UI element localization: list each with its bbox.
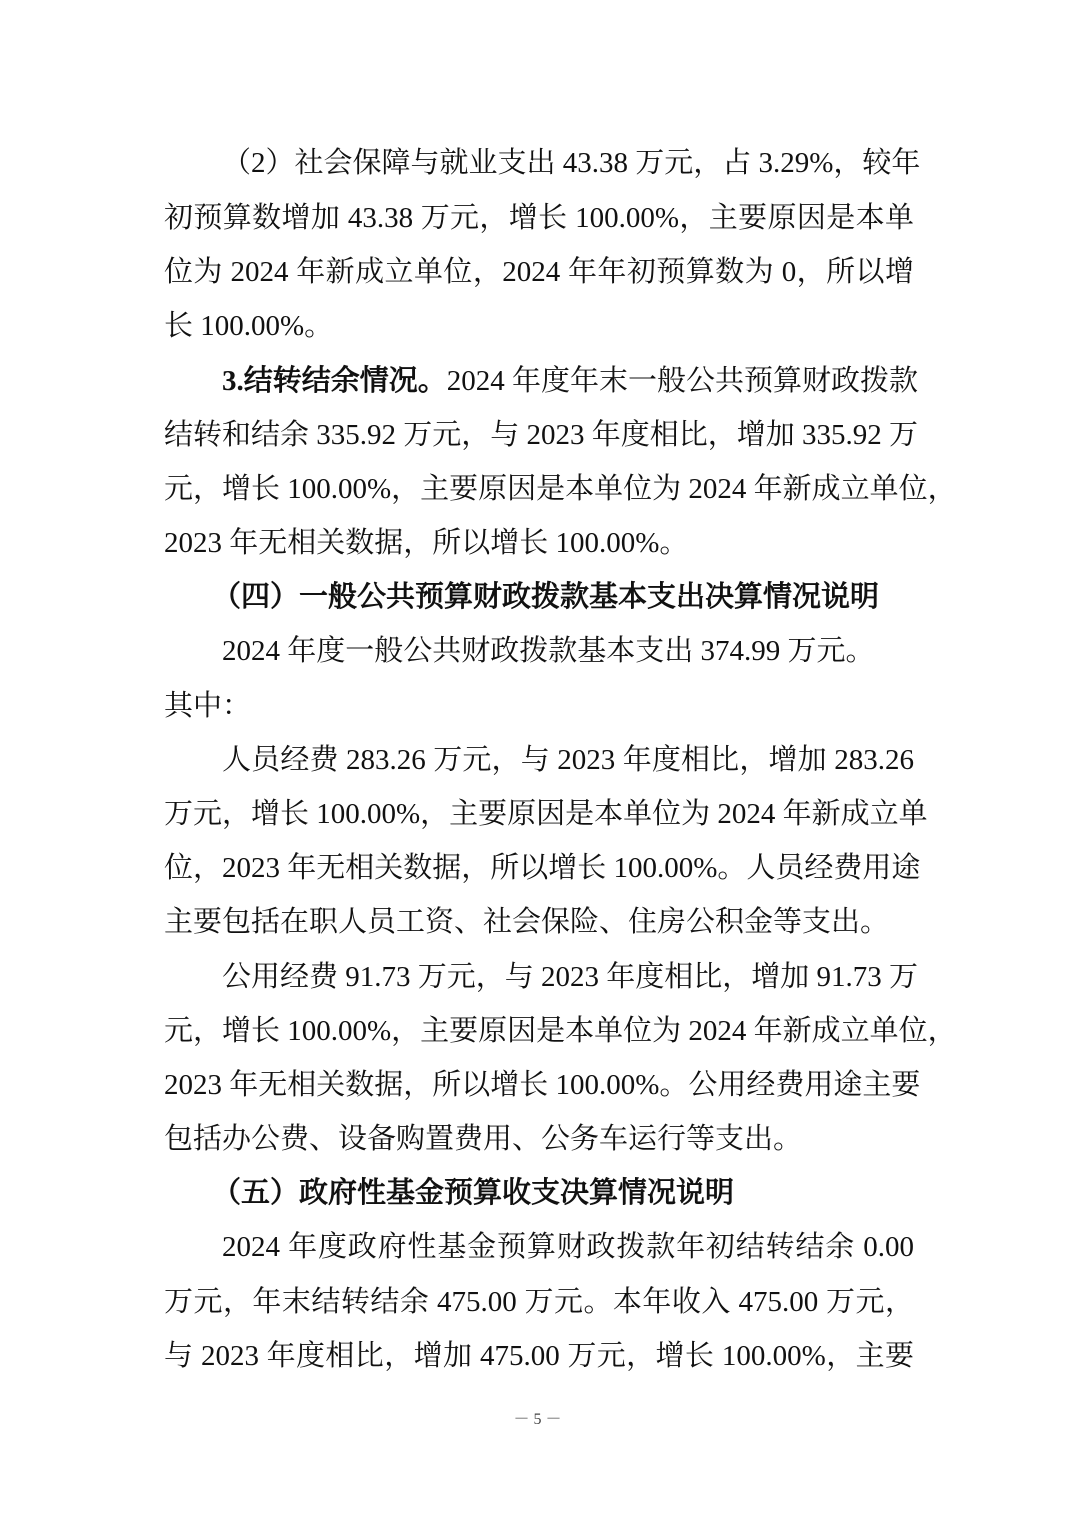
- paragraph-line: 3.结转结余情况。2024 年度年末一般公共预算财政拨款: [222, 361, 914, 401]
- document-page: （2）社会保障与就业支出 43.38 万元，占 3.29%，较年 初预算数增加 …: [0, 0, 1075, 1520]
- page-number: － 5 －: [0, 1410, 1075, 1430]
- paragraph-line: 2023 年无相关数据，所以增长 100.00%。: [164, 523, 914, 563]
- section-heading-4: （四）一般公共预算财政拨款基本支出决算情况说明: [212, 577, 914, 617]
- paragraph-line: 主要包括在职人员工资、社会保险、住房公积金等支出。: [164, 902, 914, 942]
- paragraph-line: 与 2023 年度相比，增加 475.00 万元，增长 100.00%，主要: [164, 1336, 914, 1376]
- paragraph-line: 人员经费 283.26 万元，与 2023 年度相比，增加 283.26: [222, 740, 914, 780]
- paragraph-line: 包括办公费、设备购置费用、公务车运行等支出。: [164, 1119, 914, 1159]
- subheading-carryover: 3.结转结余情况。: [222, 365, 447, 397]
- paragraph-line: 元，增长 100.00%，主要原因是本单位为 2024 年新成立单位，: [164, 1011, 914, 1051]
- paragraph-line: 2024 年度一般公共财政拨款基本支出 374.99 万元。: [222, 631, 914, 671]
- paragraph-text: 2024 年度年末一般公共预算财政拨款: [447, 365, 918, 397]
- paragraph-line: 初预算数增加 43.38 万元，增长 100.00%，主要原因是本单: [164, 198, 914, 238]
- paragraph-line: 公用经费 91.73 万元，与 2023 年度相比，增加 91.73 万: [222, 957, 914, 997]
- paragraph-line: 万元，年末结转结余 475.00 万元。本年收入 475.00 万元，: [164, 1282, 914, 1322]
- paragraph-line: 其中：: [164, 686, 914, 726]
- paragraph-line: （2）社会保障与就业支出 43.38 万元，占 3.29%，较年: [222, 143, 914, 183]
- paragraph-line: 长 100.00%。: [164, 306, 914, 346]
- paragraph-line: 万元，增长 100.00%，主要原因是本单位为 2024 年新成立单: [164, 794, 914, 834]
- section-heading-5: （五）政府性基金预算收支决算情况说明: [212, 1173, 914, 1213]
- paragraph-line: 2023 年无相关数据，所以增长 100.00%。公用经费用途主要: [164, 1065, 914, 1105]
- paragraph-line: 位为 2024 年新成立单位，2024 年年初预算数为 0，所以增: [164, 252, 914, 292]
- paragraph-line: 位，2023 年无相关数据，所以增长 100.00%。人员经费用途: [164, 848, 914, 888]
- paragraph-line: 元，增长 100.00%，主要原因是本单位为 2024 年新成立单位，: [164, 469, 914, 509]
- paragraph-line: 结转和结余 335.92 万元，与 2023 年度相比，增加 335.92 万: [164, 415, 914, 455]
- paragraph-line: 2024 年度政府性基金预算财政拨款年初结转结余 0.00: [222, 1227, 914, 1267]
